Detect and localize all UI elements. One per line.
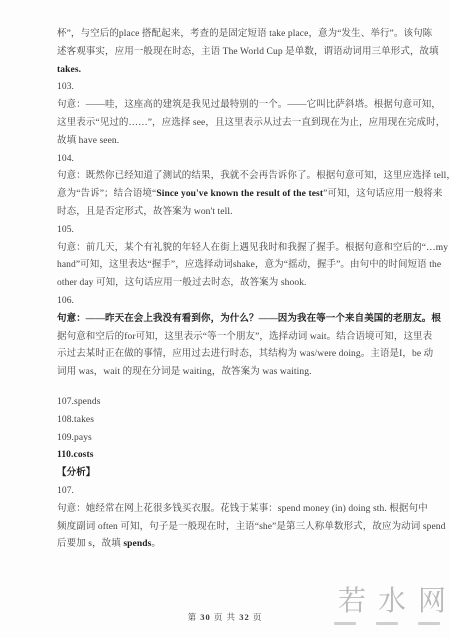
text-line: 108.takes xyxy=(57,412,429,430)
text-line: 句意：前几天，某个有礼貌的年轻人在街上遇见我时和我握了握手。根据句意和空后的“…… xyxy=(57,240,429,258)
page-number-middle: 页 共 xyxy=(214,612,236,622)
text-line: 句意：——昨天在会上我没有看到你，为什么？——因为我在等一个来自美国的老朋友。根 xyxy=(57,311,429,329)
watermark-subtext-bar xyxy=(334,622,356,625)
watermark-subtext xyxy=(328,619,446,625)
page-number-total: 32 xyxy=(239,612,250,622)
text-line: 杯”，与空后的place 搭配起来，考查的是固定短语 take place，意为… xyxy=(57,26,429,44)
watermark: 若水网 xyxy=(328,579,446,625)
text-line: other day 可知，这句话应用一般过去时态，故答案为 shook. xyxy=(57,275,429,293)
text-line: takes. xyxy=(57,62,429,80)
text-line: 后要加 s，故填 spends。 xyxy=(57,536,429,554)
text-line: 109.pays xyxy=(57,430,429,448)
text-line: 时态，且是否定形式，故答案为 won't tell. xyxy=(57,204,429,222)
text-line: 105. xyxy=(57,222,429,240)
text-line: 107.spends xyxy=(57,394,429,412)
text-line: 句意：她经常在网上花很多钱买衣服。花钱于某事：spend money (in) … xyxy=(57,501,429,519)
text-line: 据句意和空后的for可知，这里表示“等一个朋友”，选择动词 wait。结合语境可… xyxy=(57,329,429,347)
text-line: 110.costs xyxy=(57,447,429,465)
watermark-subtext-bar xyxy=(418,622,440,625)
page-number-current: 30 xyxy=(200,612,211,622)
text-line: 104. xyxy=(57,151,429,169)
document-lines: 杯”，与空后的place 搭配起来，考查的是固定短语 take place，意为… xyxy=(57,26,429,554)
text-line: 句意：既然你已经知道了测试的结果，我就不会再告诉你了。根据句意可知，这里应选择 … xyxy=(57,168,429,186)
text-line: 示过去某时正在做的事情，应用过去进行时态，其结构为 was/were doing… xyxy=(57,346,429,364)
text-line: 词用 was，wait 的现在分词是 waiting，故答案为 was wait… xyxy=(57,364,429,382)
text-line: 述客观事实，应用一般现在时态，主语 The World Cup 是单数，谓语动词… xyxy=(57,44,429,62)
text-line: 107. xyxy=(57,483,429,501)
text-line: 103. xyxy=(57,79,429,97)
text-line: 106. xyxy=(57,293,429,311)
text-line: 故填 have seen. xyxy=(57,133,429,151)
text-line: 句意：——哇，这座高的建筑是我见过最特别的一个。——它叫比萨斜塔。根据句意可知， xyxy=(57,97,429,115)
page-number-prefix: 第 xyxy=(188,612,198,622)
watermark-subtext-bar xyxy=(376,622,398,625)
document-page: 杯”，与空后的place 搭配起来，考查的是固定短语 take place，意为… xyxy=(0,0,450,637)
text-line: 意为“告诉”；结合语境“Since you've known the resul… xyxy=(57,186,429,204)
text-line: 这里表示“见过的……”，应选择 see，且这里表示从过去一直到现在为止，应用现在… xyxy=(57,115,429,133)
watermark-text: 若水网 xyxy=(338,579,446,619)
text-line: 频度副词 often 可知，句子是一般现在时，主语“she”是第三人称单数形式，… xyxy=(57,519,429,537)
text-line: 【分析】 xyxy=(57,465,429,483)
page-number-suffix: 页 xyxy=(253,612,263,622)
text-line: hand”可知，这里表达“握手”，应选择动词shake，意为“摇动，握手”。由句… xyxy=(57,257,429,275)
